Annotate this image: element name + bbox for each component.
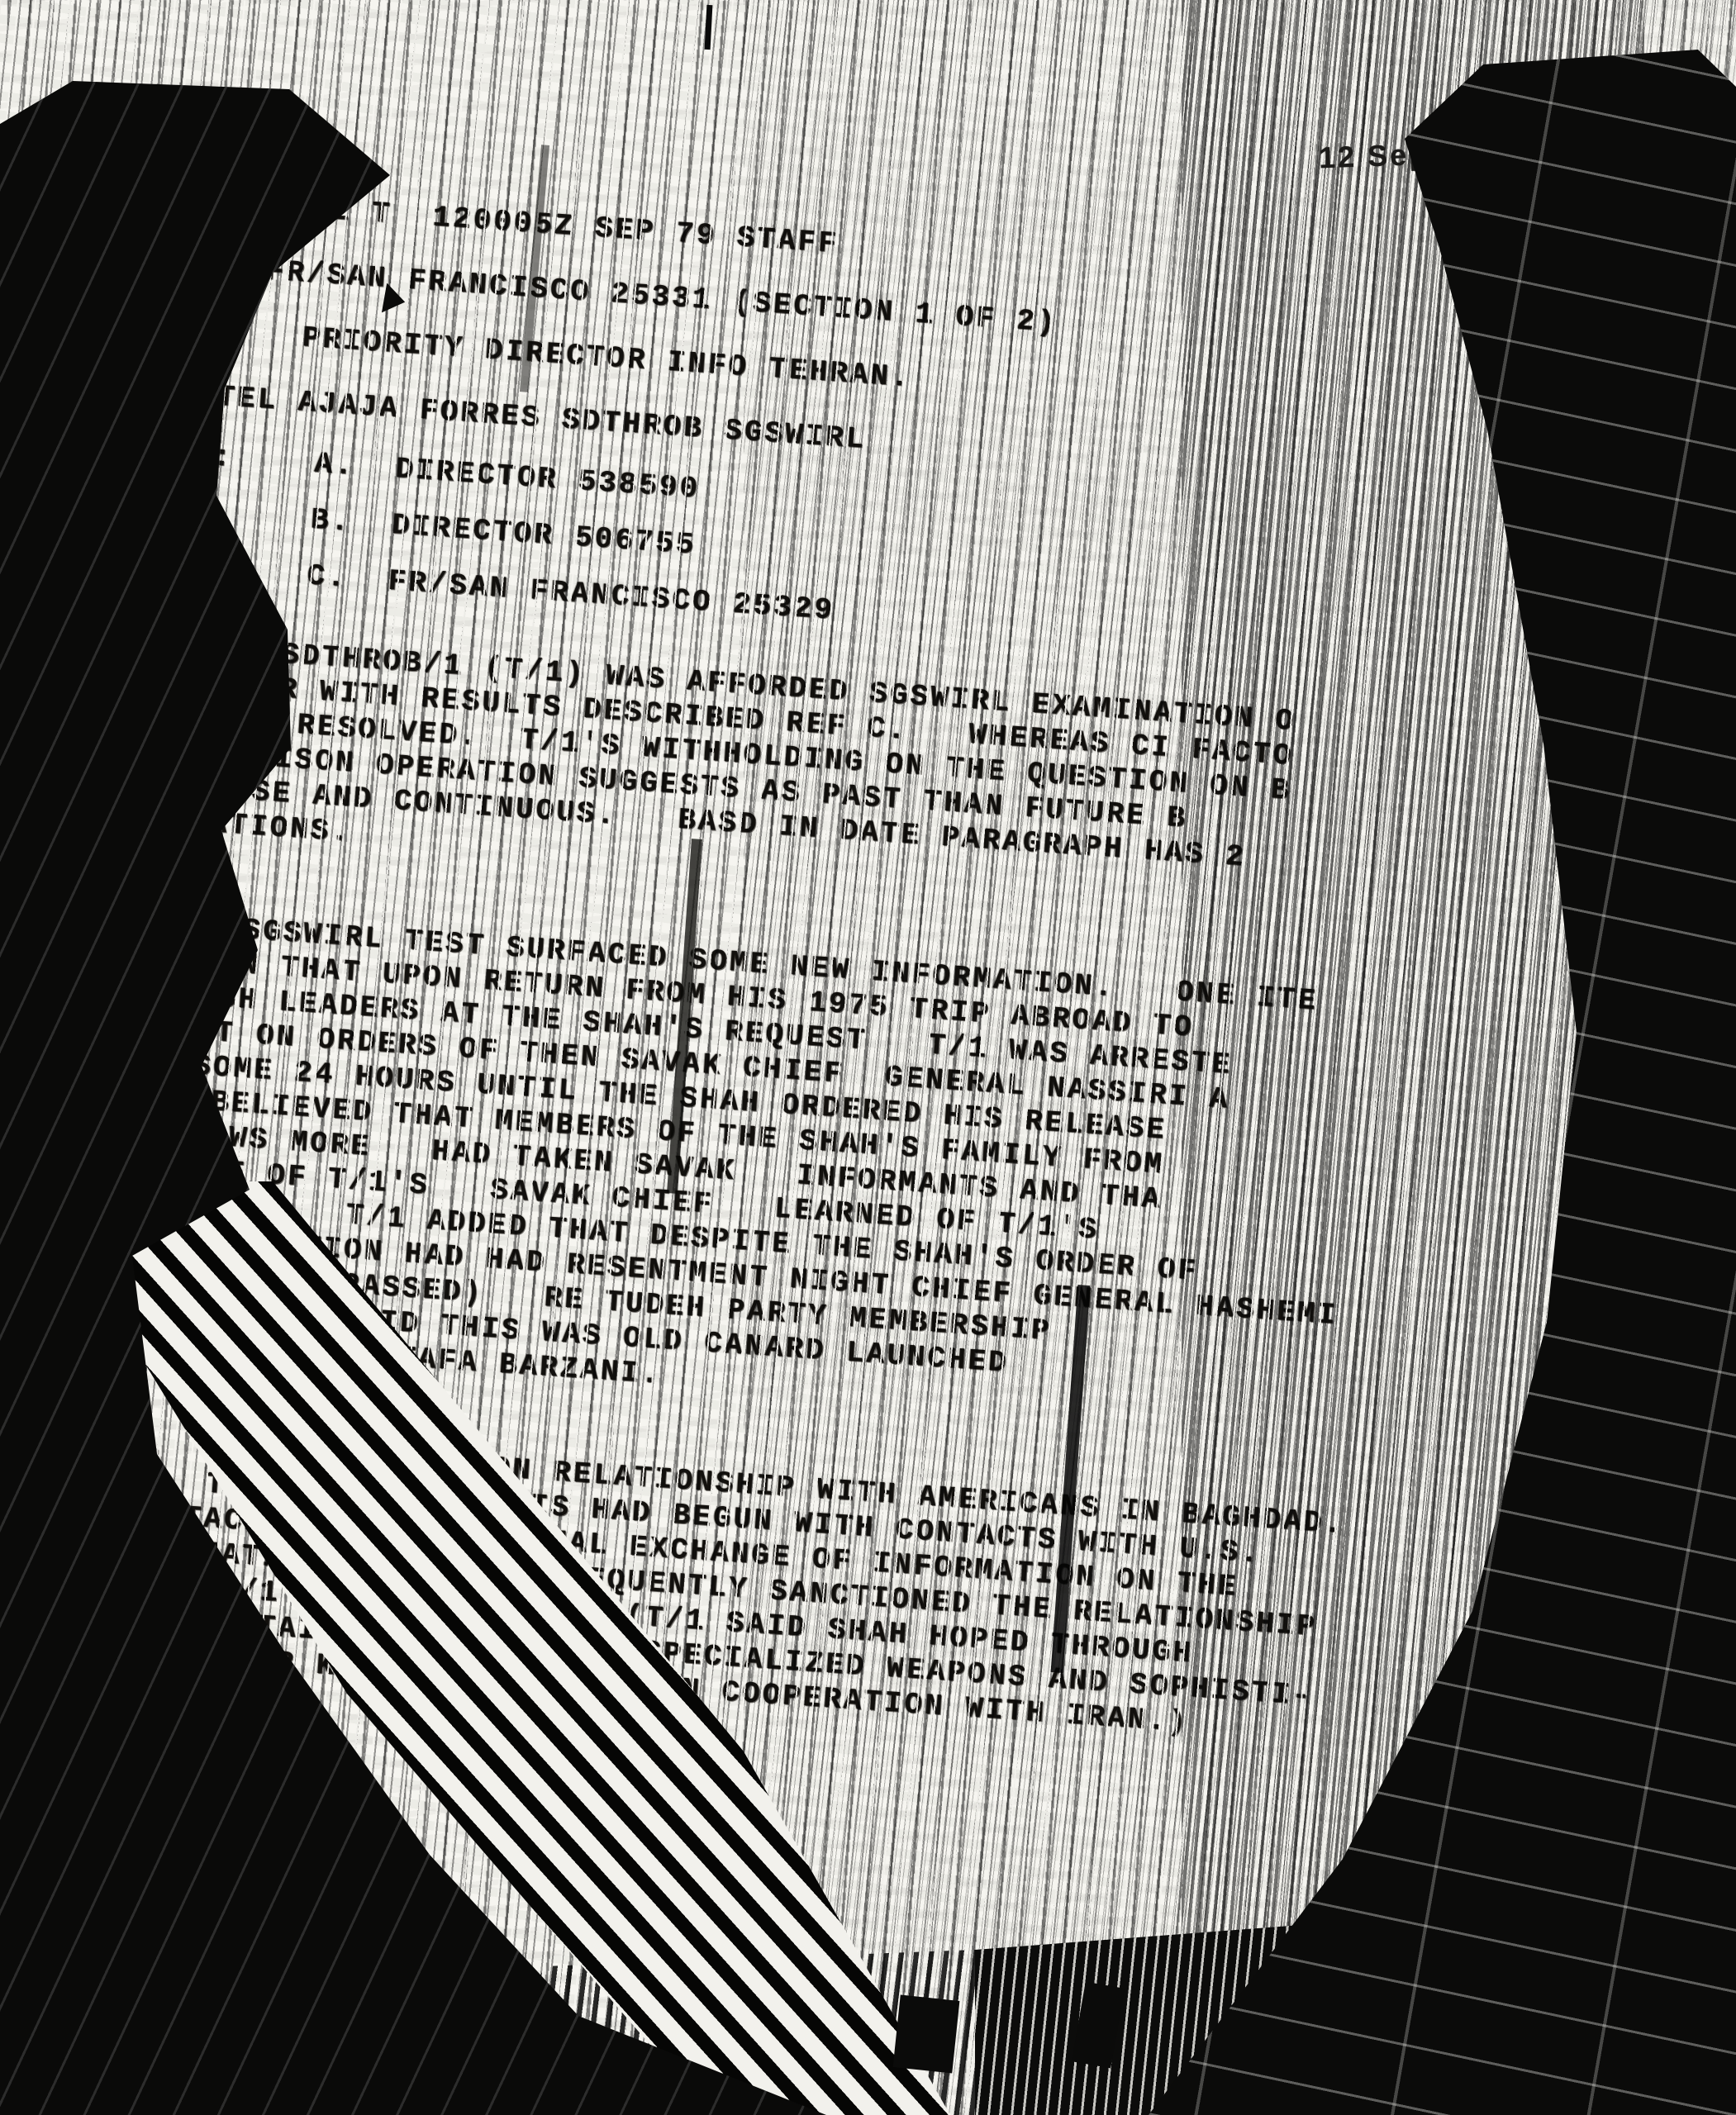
ink-blob bbox=[893, 1994, 960, 2073]
scanned-cable-page: S E C R E T 120005Z SEP 79 STAFF CITE FR… bbox=[0, 0, 1736, 2115]
